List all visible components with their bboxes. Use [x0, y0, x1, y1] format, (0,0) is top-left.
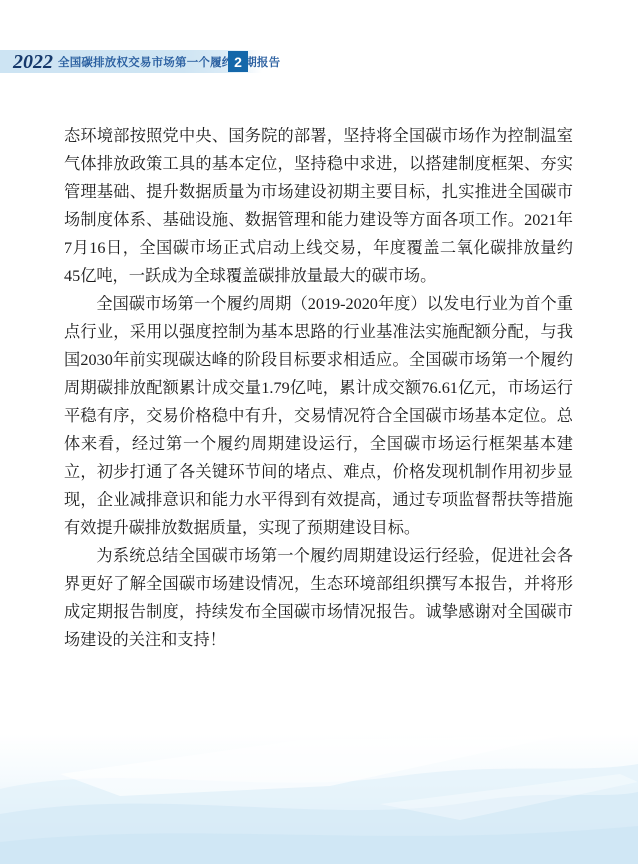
header-year: 2022: [13, 52, 53, 72]
page-header: 2022 全国碳排放权交易市场第一个履约周期报告 2: [0, 50, 262, 73]
wave-graphic: [0, 734, 638, 864]
paragraph-1: 态环境部按照党中央、国务院的部署，坚持将全国碳市场作为控制温室气体排放政策工具的…: [64, 122, 573, 290]
bottom-wave-decoration: [0, 734, 638, 864]
page-number-badge: 2: [228, 51, 248, 72]
report-page: { "header": { "year": "2022", "title": "…: [0, 0, 638, 864]
paragraph-3: 为系统总结全国碳市场第一个履约周期建设运行经验，促进社会各界更好了解全国碳市场建…: [64, 542, 573, 654]
document-body: 态环境部按照党中央、国务院的部署，坚持将全国碳市场作为控制温室气体排放政策工具的…: [64, 122, 573, 654]
paragraph-2: 全国碳市场第一个履约周期（2019-2020年度）以发电行业为首个重点行业，采用…: [64, 290, 573, 542]
